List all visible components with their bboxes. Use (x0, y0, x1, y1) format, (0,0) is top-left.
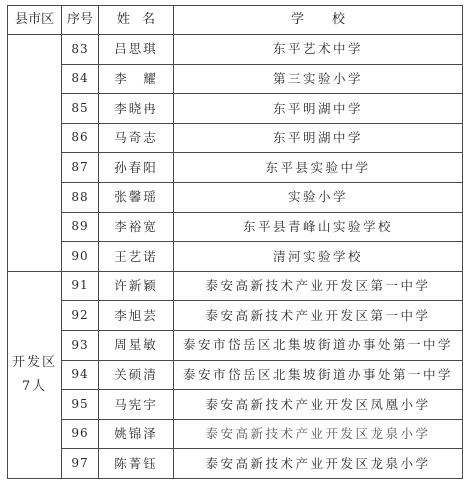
student-name: 陈菁钰 (99, 449, 174, 479)
region-cell-group-1: 开发区 7人 (8, 271, 62, 478)
table-row: 96 姚锦泽 泰安高新技术产业开发区龙泉小学 (8, 419, 463, 449)
school-name: 清河实验学校 (174, 242, 463, 272)
school-name: 实验小学 (174, 182, 463, 212)
table-row: 97 陈菁钰 泰安高新技术产业开发区龙泉小学 (8, 449, 463, 479)
school-name: 东平县实验中学 (174, 153, 463, 183)
header-name: 姓名 (99, 6, 174, 35)
table-row: 93 周星敏 泰安市岱岳区北集坡街道办事处第一中学 (8, 330, 463, 360)
table-row: 94 关硕清 泰安市岱岳区北集坡街道办事处第一中学 (8, 360, 463, 390)
student-name: 吕思琪 (99, 35, 174, 65)
row-number: 83 (62, 35, 99, 65)
student-name: 关硕清 (99, 360, 174, 390)
school-name: 泰安高新技术产业开发区龙泉小学 (174, 449, 463, 479)
row-number: 97 (62, 449, 99, 479)
student-name: 孙春阳 (99, 153, 174, 183)
student-name: 许新颖 (99, 271, 174, 301)
student-name: 周星敏 (99, 330, 174, 360)
school-name: 东平艺术中学 (174, 35, 463, 65)
row-number: 84 (62, 64, 99, 94)
header-region: 县市区 (8, 6, 62, 35)
student-name: 李 耀 (99, 64, 174, 94)
table-row: 83 吕思琪 东平艺术中学 (8, 35, 463, 65)
row-number: 88 (62, 182, 99, 212)
table-row: 84 李 耀 第三实验小学 (8, 64, 463, 94)
school-name: 第三实验小学 (174, 64, 463, 94)
school-name: 泰安市岱岳区北集坡街道办事处第一中学 (174, 330, 463, 360)
row-number: 96 (62, 419, 99, 449)
row-number: 87 (62, 153, 99, 183)
student-name: 李晓冉 (99, 94, 174, 124)
school-name: 泰安高新技术产业开发区龙泉小学 (174, 419, 463, 449)
table-row: 90 王艺诺 清河实验学校 (8, 242, 463, 272)
table-row: 88 张馨瑶 实验小学 (8, 182, 463, 212)
table-row: 89 李裕宽 东平县青峰山实验学校 (8, 212, 463, 242)
table-header-row: 县市区 序号 姓名 学校 (8, 6, 463, 35)
row-number: 85 (62, 94, 99, 124)
school-name: 泰安高新技术产业开发区凤凰小学 (174, 390, 463, 420)
school-name: 泰安高新技术产业开发区第一中学 (174, 301, 463, 331)
header-school: 学校 (174, 6, 463, 35)
row-number: 89 (62, 212, 99, 242)
school-name: 泰安市岱岳区北集坡街道办事处第一中学 (174, 360, 463, 390)
student-name: 李旭芸 (99, 301, 174, 331)
row-number: 86 (62, 123, 99, 153)
table-row: 开发区 7人 91 许新颖 泰安高新技术产业开发区第一中学 (8, 271, 463, 301)
roster-table: 县市区 序号 姓名 学校 83 吕思琪 东平艺术中学 84 李 耀 第三实验小学 (7, 5, 463, 479)
roster-table-container: 县市区 序号 姓名 学校 83 吕思琪 东平艺术中学 84 李 耀 第三实验小学 (7, 5, 462, 479)
table-row: 95 马宪宇 泰安高新技术产业开发区凤凰小学 (8, 390, 463, 420)
region-count: 7人 (22, 379, 47, 394)
table-row: 85 李晓冉 东平明湖中学 (8, 94, 463, 124)
student-name: 张馨瑶 (99, 182, 174, 212)
school-name: 东平县青峰山实验学校 (174, 212, 463, 242)
school-name: 泰安高新技术产业开发区第一中学 (174, 271, 463, 301)
region-label: 开发区 (12, 355, 57, 370)
student-name: 姚锦泽 (99, 419, 174, 449)
table-row: 86 马奇志 东平明湖中学 (8, 123, 463, 153)
school-name: 东平明湖中学 (174, 123, 463, 153)
table-row: 92 李旭芸 泰安高新技术产业开发区第一中学 (8, 301, 463, 331)
row-number: 94 (62, 360, 99, 390)
row-number: 95 (62, 390, 99, 420)
school-name: 东平明湖中学 (174, 94, 463, 124)
row-number: 91 (62, 271, 99, 301)
row-number: 93 (62, 330, 99, 360)
student-name: 李裕宽 (99, 212, 174, 242)
header-number: 序号 (62, 6, 99, 35)
table-row: 87 孙春阳 东平县实验中学 (8, 153, 463, 183)
row-number: 90 (62, 242, 99, 272)
student-name: 马奇志 (99, 123, 174, 153)
student-name: 马宪宇 (99, 390, 174, 420)
student-name: 王艺诺 (99, 242, 174, 272)
region-cell-group-0 (8, 35, 62, 272)
row-number: 92 (62, 301, 99, 331)
